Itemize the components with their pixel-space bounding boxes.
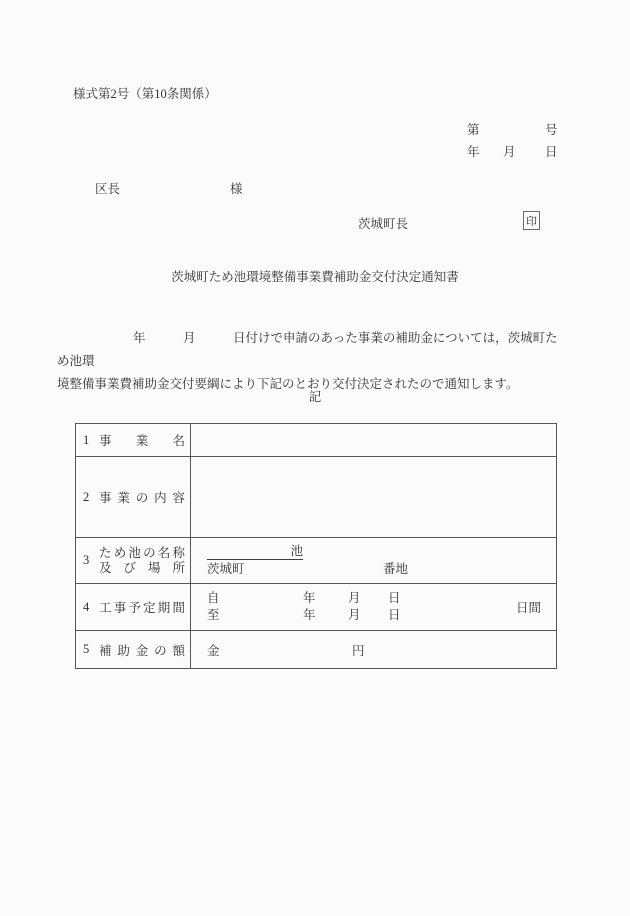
- row4-value-cell: 自 年 月 日 至 年 月 日 日間: [191, 584, 556, 630]
- row4-label: 工事予定期間: [99, 598, 185, 616]
- body-paragraph: 年 月 日付けで申請のあった事業の補助金については，茨城町ため池環 境整備事業費…: [57, 327, 563, 396]
- lot-number-label: 番地: [383, 561, 408, 578]
- row4-number: 4: [83, 600, 96, 615]
- record-marker: 記: [0, 387, 630, 405]
- row2-label: 事業の内容: [99, 488, 185, 506]
- table-row-project-description: 2 事業の内容: [76, 456, 556, 537]
- row3-label-cell: 3 ため池の名称 及び場所: [76, 538, 191, 583]
- row4-label-cell: 4 工事予定期間: [76, 584, 191, 630]
- row3-number: 3: [83, 553, 96, 568]
- table-row-pond-name-location: 3 ため池の名称 及び場所 池 茨城町 番地: [76, 537, 556, 583]
- date-day-label: 日: [545, 142, 558, 160]
- row1-number: 1: [83, 433, 96, 448]
- period-to-line: 至 年 月 日: [191, 607, 556, 624]
- period-from-month: 月: [348, 590, 361, 607]
- period-from-day: 日: [388, 590, 401, 607]
- period-from-label: 自: [207, 590, 220, 607]
- table-row-construction-period: 4 工事予定期間 自 年 月 日 至 年 月 日: [76, 583, 556, 630]
- doc-number-line: 第 号: [0, 120, 630, 136]
- pond-name-line: 池: [191, 544, 556, 561]
- body-line-1: 年 月 日付けで申請のあった事業の補助金については，茨城町ため池環: [57, 327, 563, 373]
- date-line: 年 月 日: [0, 142, 630, 158]
- period-from-year: 年: [303, 590, 316, 607]
- document-page: 様式第2号（第10条関係） 第 号 年 月 日 区長 様 茨城町長 印 茨城町た…: [0, 0, 630, 916]
- row5-label: 補助金の額: [99, 641, 185, 659]
- row3-label: ため池の名称 及び場所: [99, 546, 185, 576]
- table-row-subsidy-amount: 5 補助金の額 金 円: [76, 630, 556, 668]
- addressee-title: 区長: [95, 179, 120, 197]
- document-title: 茨城町ため池環境整備事業費補助金交付決定通知書: [0, 267, 630, 285]
- details-table: 1 事業名 2 事業の内容 3 ため池の名称 及び場所: [75, 423, 557, 669]
- period-to-year: 年: [303, 607, 316, 624]
- row3-value-cell: 池 茨城町 番地: [191, 538, 556, 583]
- row1-value-cell: [191, 424, 556, 456]
- pond-location-line: 茨城町 番地: [191, 561, 556, 578]
- addressee-honorific: 様: [230, 179, 243, 197]
- duration-days-label: 日間: [516, 598, 541, 616]
- town-label: 茨城町: [207, 561, 245, 578]
- row1-label-cell: 1 事業名: [76, 424, 191, 456]
- form-number: 様式第2号（第10条関係）: [73, 84, 217, 102]
- doc-number-prefix: 第: [467, 120, 480, 138]
- date-month-label: 月: [503, 142, 516, 160]
- row2-label-cell: 2 事業の内容: [76, 457, 191, 537]
- period-from-line: 自 年 月 日: [191, 590, 556, 607]
- row3-label-line1: ため池の名称: [99, 546, 185, 561]
- row5-value-cell: 金 円: [191, 631, 556, 668]
- sender-line: 茨城町長 印: [0, 214, 630, 234]
- row2-value-cell: [191, 457, 556, 537]
- period-to-label: 至: [207, 607, 220, 624]
- date-year-label: 年: [467, 142, 480, 160]
- period-to-month: 月: [348, 607, 361, 624]
- seal-text: 印: [526, 213, 537, 229]
- pond-name-blank: 池: [207, 544, 303, 560]
- row3-label-line2: 及び場所: [99, 561, 185, 576]
- period-to-day: 日: [388, 607, 401, 624]
- table-row-project-name: 1 事業名: [76, 424, 556, 456]
- row5-label-cell: 5 補助金の額: [76, 631, 191, 668]
- sender-title: 茨城町長: [358, 214, 408, 232]
- addressee-line: 区長 様: [0, 179, 630, 195]
- amount-suffix-label: 円: [352, 641, 365, 659]
- row5-number: 5: [83, 642, 96, 657]
- amount-prefix-label: 金: [207, 641, 220, 659]
- row1-label: 事業名: [99, 431, 185, 449]
- seal-stamp-box: 印: [523, 211, 540, 230]
- row2-number: 2: [83, 490, 96, 505]
- doc-number-suffix: 号: [545, 120, 558, 138]
